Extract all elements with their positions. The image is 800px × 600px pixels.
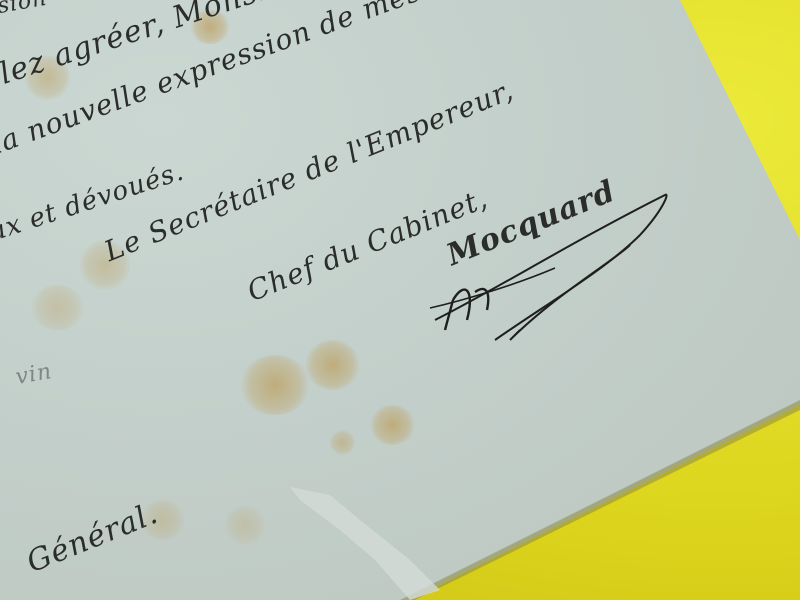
signature-mocquard: Mocquard bbox=[425, 180, 685, 350]
stain bbox=[30, 285, 85, 330]
stain bbox=[240, 355, 310, 415]
stain bbox=[370, 405, 415, 445]
stain bbox=[330, 430, 355, 455]
photo-scene: sion llez agréer, Monsieur le la nouvell… bbox=[0, 0, 800, 600]
stain bbox=[225, 505, 265, 545]
stain bbox=[305, 340, 360, 390]
